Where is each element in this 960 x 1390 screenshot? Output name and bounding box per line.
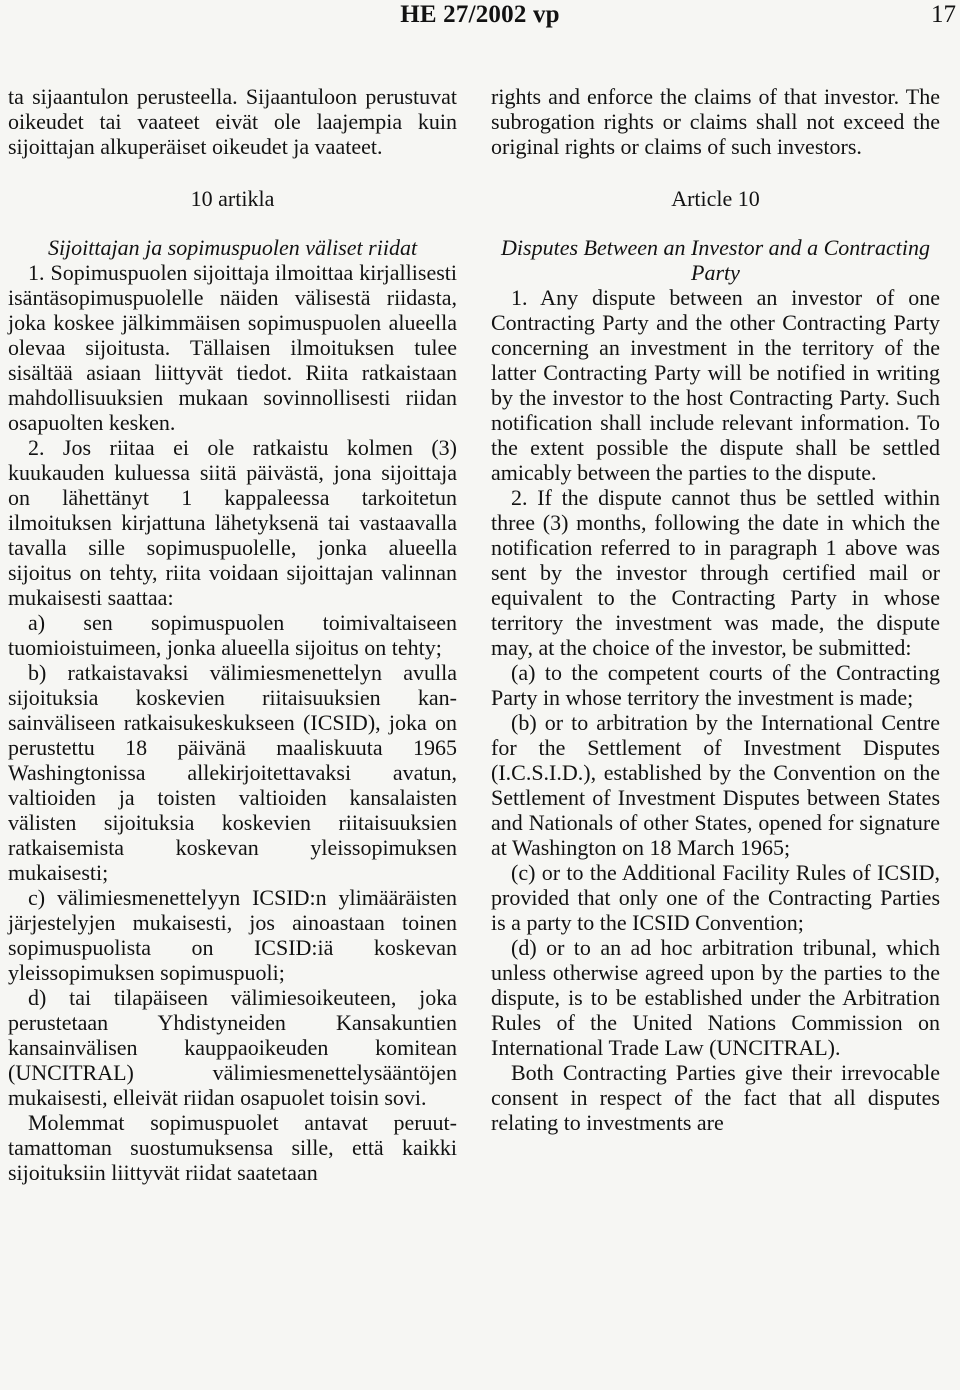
fi-list-item-b: b) ratkaistavaksi välimiesmenettelyn avu… — [8, 660, 457, 885]
fi-article-subheading: Sijoittajan ja sopimuspuolen väliset rii… — [8, 235, 457, 260]
fi-list-item-a: a) sen sopimuspuolen toimivaltaiseen tuo… — [8, 610, 457, 660]
en-article-subheading: Disputes Between an Investor and a Con­t… — [491, 235, 940, 285]
finnish-column: ta sijaantulon perusteella. Sijaantuloon… — [8, 84, 457, 1185]
english-column: rights and enforce the claims of that in… — [491, 84, 940, 1185]
fi-list-item-c: c) välimiesmenettelyyn ICSID:n ylimää­rä… — [8, 885, 457, 985]
document-title: HE 27/2002 vp — [0, 1, 960, 29]
en-list-item-b: (b) or to arbitration by the Internation… — [491, 710, 940, 860]
page-header: HE 27/2002 vp 17 — [0, 0, 960, 60]
fi-list-item-d: d) tai tilapäiseen välimiesoikeuteen, jo… — [8, 985, 457, 1110]
fi-continuation-paragraph: ta sijaantulon perusteella. Sijaantuloon… — [8, 84, 457, 159]
en-paragraph-1: 1. Any dispute between an investor of on… — [491, 285, 940, 485]
en-continuation-paragraph: rights and enforce the claims of that in… — [491, 84, 940, 159]
en-list-item-d: (d) or to an ad hoc arbitration tribunal… — [491, 935, 940, 1060]
en-article-heading: Article 10 — [491, 186, 940, 211]
document-page: HE 27/2002 vp 17 ta sijaantulon perustee… — [0, 0, 960, 1390]
fi-article-heading: 10 artikla — [8, 186, 457, 211]
two-column-body: ta sijaantulon perusteella. Sijaantuloon… — [8, 84, 940, 1185]
fi-closing-paragraph: Molemmat sopimuspuolet antavat peruut­ta… — [8, 1110, 457, 1185]
fi-paragraph-2: 2. Jos riitaa ei ole ratkaistu kolmen (3… — [8, 435, 457, 610]
en-paragraph-2: 2. If the dispute cannot thus be settled… — [491, 485, 940, 660]
en-list-item-a: (a) to the competent courts of the Con­t… — [491, 660, 940, 710]
fi-paragraph-1: 1. Sopimuspuolen sijoittaja ilmoittaa ki… — [8, 260, 457, 435]
en-list-item-c: (c) or to the Additional Facility Rules … — [491, 860, 940, 935]
en-closing-paragraph: Both Contracting Parties give their ir­r… — [491, 1060, 940, 1135]
page-number: 17 — [931, 1, 956, 29]
